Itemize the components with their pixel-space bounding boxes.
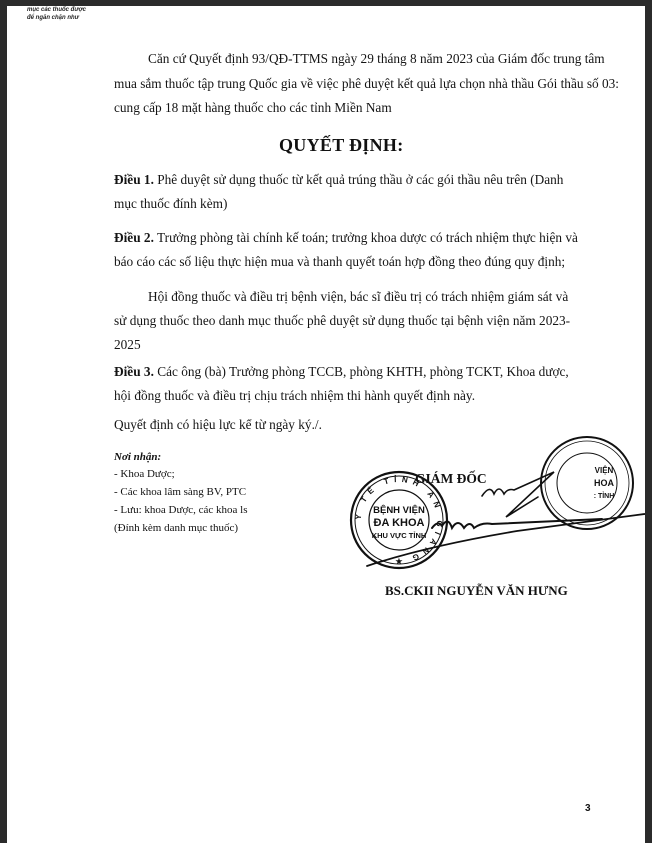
article-1-line-1: Điều 1. Phê duyệt sử dụng thuốc từ kết q… (114, 172, 563, 188)
article-1-label: Điều 1. (114, 172, 154, 187)
article-3-line-2: hội đồng thuốc và điều trị chịu trách nh… (114, 388, 475, 404)
recipient-item: - Các khoa lâm sàng BV, PTC (114, 485, 248, 499)
cropped-text-fragment: mục các thuốc được để ngăn chặn như (27, 6, 86, 22)
preamble-line-2: mua sắm thuốc tập trung Quốc gia về việc… (114, 76, 619, 92)
article-3-line-1: Điều 3. Các ông (bà) Trưởng phòng TCCB, … (114, 364, 569, 380)
article-2-line-1: Điều 2. Trưởng phòng tài chính kế toán; … (114, 230, 578, 246)
page-number: 3 (585, 803, 591, 814)
article-2-para-2-line-3: 2025 (114, 337, 141, 353)
preamble-line-1: Căn cứ Quyết định 93/QĐ-TTMS ngày 29 thá… (148, 51, 605, 67)
fragment-line-2: để ngăn chặn như (27, 14, 86, 22)
fragment-line-1: mục các thuốc được (27, 6, 86, 14)
recipient-item: (Đính kèm danh mục thuốc) (114, 521, 248, 535)
article-2-para-2-line-2: sử dụng thuốc theo danh mục thuốc phê du… (114, 313, 570, 329)
article-1-line-2: mục thuốc đính kèm) (114, 196, 227, 212)
preamble-line-3: cung cấp 18 mặt hàng thuốc cho các tỉnh … (114, 100, 392, 116)
article-3-label: Điều 3. (114, 364, 154, 379)
decision-title: QUYẾT ĐỊNH: (279, 135, 403, 156)
effective-clause: Quyết định có hiệu lực kể từ ngày ký./. (114, 417, 322, 433)
recipients-heading: Nơi nhận: (114, 450, 248, 464)
article-2-label: Điều 2. (114, 230, 154, 245)
article-2-para-2-line-1: Hội đồng thuốc và điều trị bệnh viện, bá… (148, 289, 568, 305)
document-page: mục các thuốc được để ngăn chặn như Căn … (7, 6, 645, 843)
article-2-line-2: báo cáo các số liệu thực hiện mua và tha… (114, 254, 565, 270)
recipient-item: - Khoa Dược; (114, 467, 248, 481)
signature-scribble-icon (347, 466, 645, 586)
signer-name: BS.CKII NGUYỄN VĂN HƯNG (385, 583, 568, 599)
recipients-block: Nơi nhận: - Khoa Dược; - Các khoa lâm sà… (114, 450, 248, 535)
recipient-item: - Lưu: khoa Dược, các khoa ls (114, 503, 248, 517)
